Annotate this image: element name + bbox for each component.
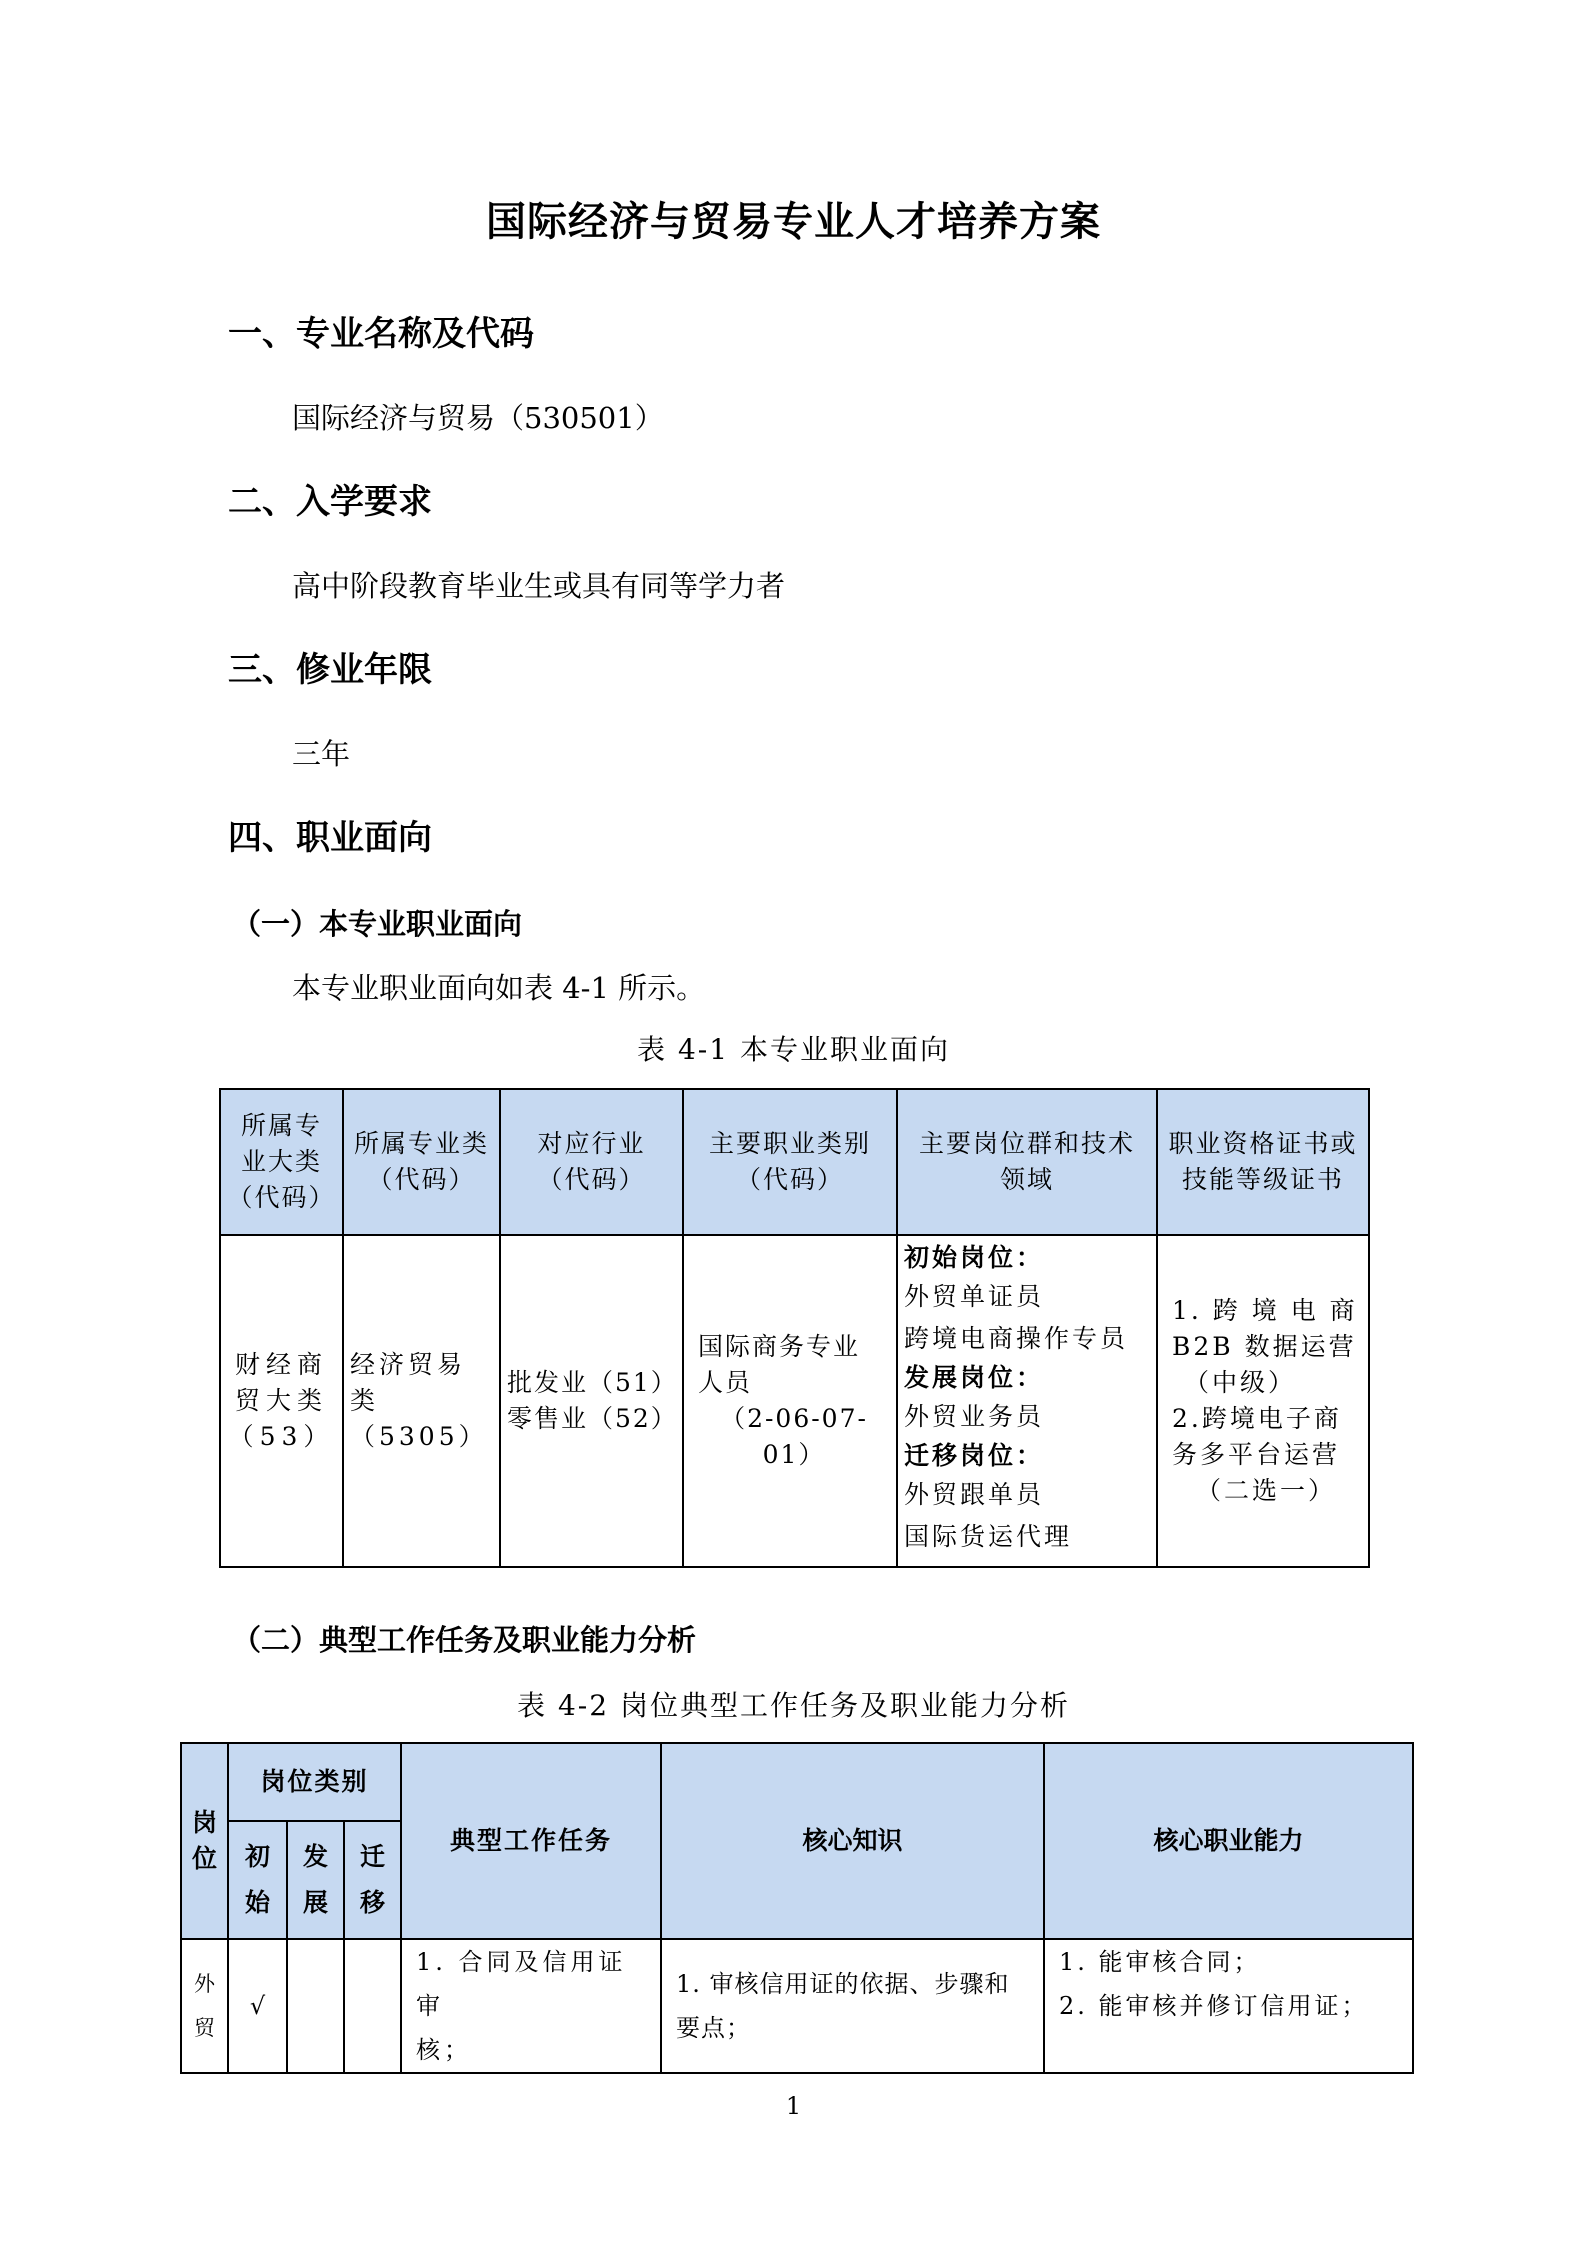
header-tasks: 典型工作任务 — [401, 1743, 661, 1939]
table1-header-row: 所属专 业大类 （代码） 所属专业类 （代码） 对应行业 （代码） 主要职业类别… — [220, 1089, 1369, 1235]
table1-caption: 表 4-1 本专业职业面向 — [0, 1028, 1587, 1068]
cell-positions: 初始岗位： 外贸单证员 跨境电商操作专员 发展岗位： 外贸业务员 迁移岗位： 外… — [897, 1235, 1157, 1567]
cell-transfer — [344, 1939, 401, 2073]
cell-ability: 1. 能审核合同； 2. 能审核并修订信用证； — [1044, 1939, 1413, 2073]
cell-industry: 批发业（51） 零售业（52） — [500, 1235, 683, 1567]
section-heading-2: 二、入学要求 — [228, 474, 432, 523]
document-title: 国际经济与贸易专业人才培养方案 — [0, 190, 1587, 247]
section-body-3: 三年 — [292, 732, 350, 773]
section-heading-1: 一、专业名称及代码 — [228, 306, 534, 355]
header-certificates: 职业资格证书或 技能等级证书 — [1157, 1089, 1369, 1235]
subsection-heading-2: （二）典型工作任务及职业能力分析 — [232, 1618, 696, 1659]
transfer-positions-label: 迁移岗位： — [904, 1438, 1150, 1474]
table-row: 外 贸 √ 1. 合同及信用证审 核； 1. 审核信用证的依据、步骤和 要点； … — [181, 1939, 1413, 2073]
header-occupation: 主要职业类别 （代码） — [683, 1089, 897, 1235]
subsection-heading-1: （一）本专业职业面向 — [232, 902, 522, 943]
table2-header-row-1: 岗 位 岗位类别 典型工作任务 核心知识 核心职业能力 — [181, 1743, 1413, 1821]
cell-major-category: 财经商 贸大类 （53） — [220, 1235, 343, 1567]
develop-positions-label: 发展岗位： — [904, 1360, 1150, 1396]
header-initial: 初 始 — [228, 1821, 287, 1939]
cell-certificates: 1. 跨 境 电 商 B2B 数据运营 （中级） 2.跨境电子商 务多平台运营 … — [1157, 1235, 1369, 1567]
document-page: 国际经济与贸易专业人才培养方案 一、专业名称及代码 国际经济与贸易（530501… — [0, 0, 1587, 2245]
cell-initial-check: √ — [228, 1939, 287, 2073]
header-ability: 核心职业能力 — [1044, 1743, 1413, 1939]
table-row: 财经商 贸大类 （53） 经济贸易 类（5305） 批发业（51） 零售业（52… — [220, 1235, 1369, 1567]
table2-caption: 表 4-2 岗位典型工作任务及职业能力分析 — [0, 1684, 1587, 1724]
section-body-1: 国际经济与贸易（530501） — [292, 396, 664, 437]
page-number: 1 — [0, 2092, 1587, 2120]
section-body-2: 高中阶段教育毕业生或具有同等学力者 — [292, 564, 785, 605]
initial-positions-label: 初始岗位： — [904, 1240, 1150, 1276]
subsection-intro-1: 本专业职业面向如表 4-1 所示。 — [292, 966, 705, 1007]
cell-post: 外 贸 — [181, 1939, 228, 2073]
cell-develop — [287, 1939, 344, 2073]
cell-knowledge: 1. 审核信用证的依据、步骤和 要点； — [661, 1939, 1044, 2073]
header-positions: 主要岗位群和技术 领域 — [897, 1089, 1157, 1235]
header-knowledge: 核心知识 — [661, 1743, 1044, 1939]
header-industry: 对应行业 （代码） — [500, 1089, 683, 1235]
section-heading-3: 三、修业年限 — [228, 642, 432, 691]
table-task-analysis: 岗 位 岗位类别 典型工作任务 核心知识 核心职业能力 初 始 发 展 迁 移 — [180, 1742, 1414, 2074]
table-career-orientation: 所属专 业大类 （代码） 所属专业类 （代码） 对应行业 （代码） 主要职业类别… — [219, 1088, 1370, 1568]
cell-tasks: 1. 合同及信用证审 核； — [401, 1939, 661, 2073]
header-post-category: 岗位类别 — [228, 1743, 401, 1821]
cell-occupation: 国际商务专业 人员 （2-06-07-01） — [683, 1235, 897, 1567]
header-develop: 发 展 — [287, 1821, 344, 1939]
header-post: 岗 位 — [181, 1743, 228, 1939]
section-heading-4: 四、职业面向 — [228, 810, 432, 859]
header-major-category: 所属专 业大类 （代码） — [220, 1089, 343, 1235]
cell-major-class: 经济贸易 类（5305） — [343, 1235, 500, 1567]
header-transfer: 迁 移 — [344, 1821, 401, 1939]
header-major-class: 所属专业类 （代码） — [343, 1089, 500, 1235]
